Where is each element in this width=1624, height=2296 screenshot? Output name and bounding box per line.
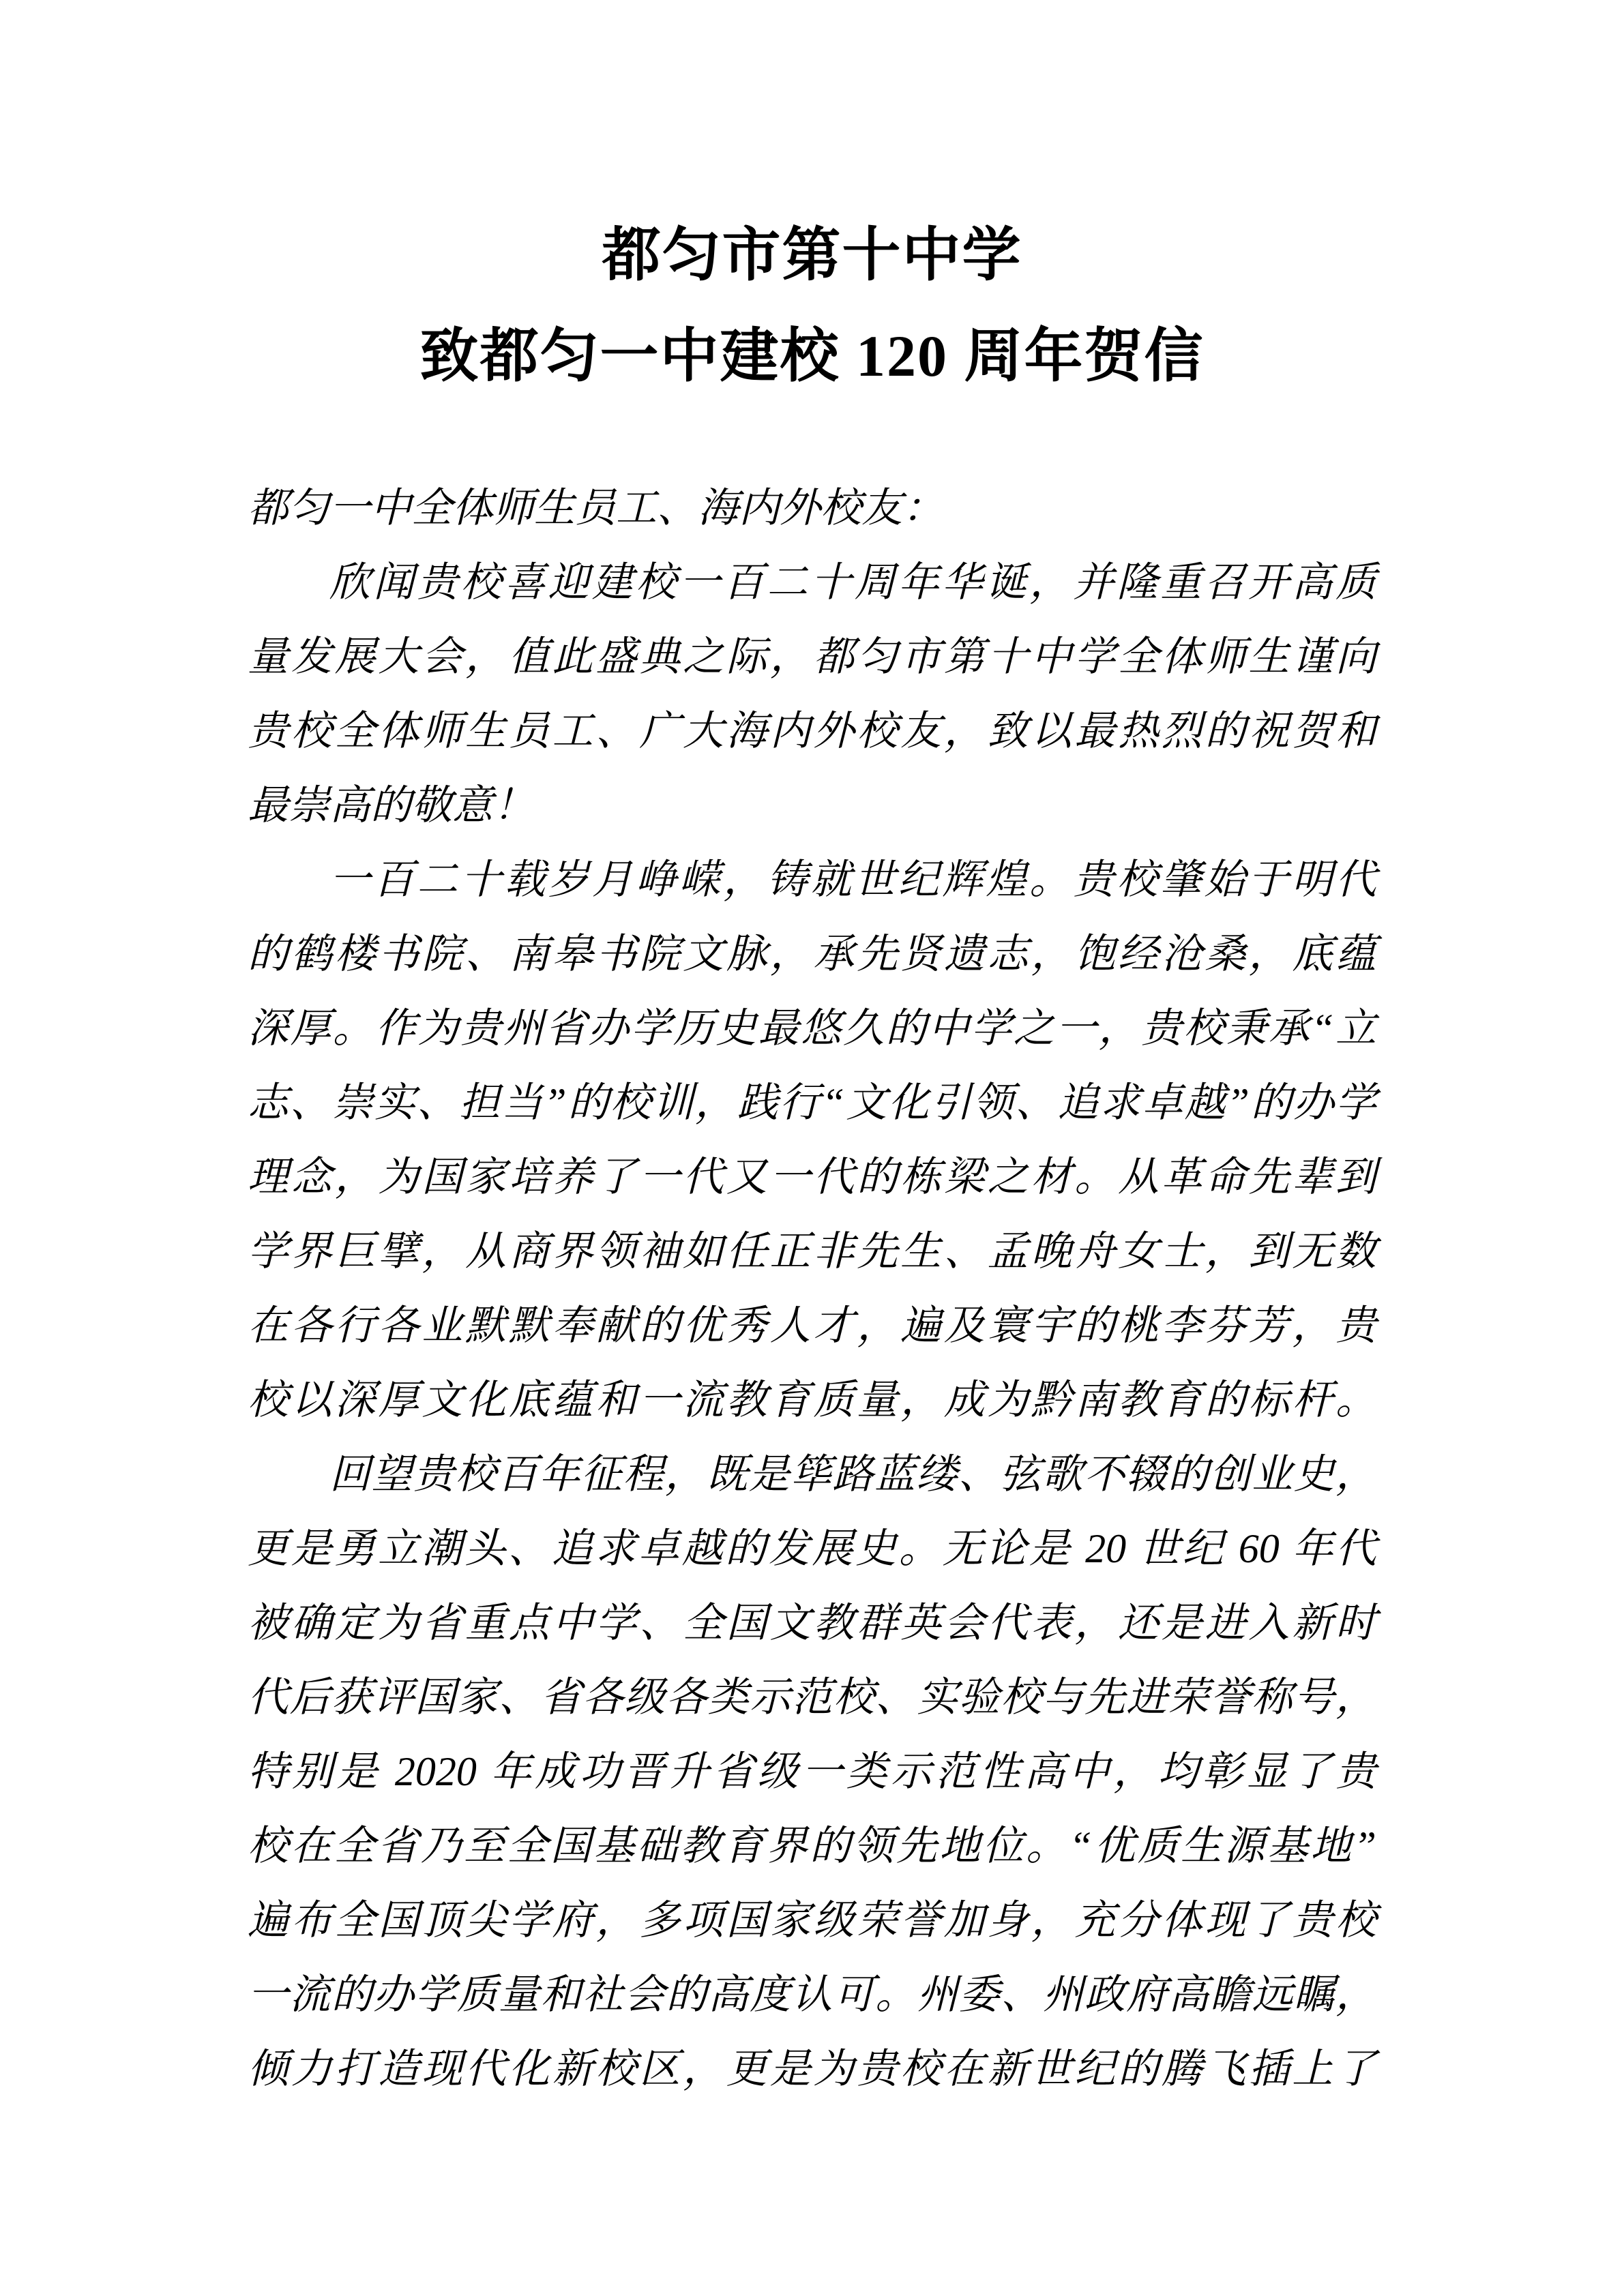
document-title: 都匀市第十中学 致都匀一中建校 120 周年贺信 bbox=[248, 205, 1376, 406]
paragraph-line: 理念，为国家培养了一代又一代的栋梁之材。从革命先辈到 bbox=[248, 1140, 1376, 1214]
document-title-line-1: 都匀市第十中学 bbox=[248, 205, 1376, 305]
paragraph-line: 更是勇立潮头、追求卓越的发展史。无论是 20 世纪 60 年代 bbox=[248, 1512, 1376, 1586]
paragraph-line: 校在全省乃至全国基础教育界的领先地位。“优质生源基地” bbox=[248, 1809, 1376, 1883]
paragraph-3: 回望贵校百年征程，既是筚路蓝缕、弦歌不辍的创业史， 更是勇立潮头、追求卓越的发展… bbox=[248, 1437, 1376, 2106]
paragraph-1: 欣闻贵校喜迎建校一百二十周年华诞，并隆重召开高质 量发展大会，值此盛典之际，都匀… bbox=[248, 546, 1376, 843]
paragraph-line: 最崇高的敬意！ bbox=[248, 769, 1376, 843]
paragraph-line: 被确定为省重点中学、全国文教群英会代表，还是进入新时 bbox=[248, 1586, 1376, 1660]
paragraph-line: 一流的办学质量和社会的高度认可。州委、州政府高瞻远瞩， bbox=[248, 1958, 1376, 2032]
paragraph-line: 学界巨擘，从商界领袖如任正非先生、孟晚舟女士，到无数 bbox=[248, 1214, 1376, 1289]
paragraph-line: 代后获评国家、省各级各类示范校、实验校与先进荣誉称号， bbox=[248, 1660, 1376, 1735]
paragraph-line: 特别是 2020 年成功晋升省级一类示范性高中，均彰显了贵 bbox=[248, 1735, 1376, 1809]
letter-body: 都匀一中全体师生员工、海内外校友： 欣闻贵校喜迎建校一百二十周年华诞，并隆重召开… bbox=[248, 471, 1376, 2106]
paragraph-line: 回望贵校百年征程，既是筚路蓝缕、弦歌不辍的创业史， bbox=[248, 1437, 1376, 1512]
paragraph-2: 一百二十载岁月峥嵘，铸就世纪辉煌。贵校肇始于明代 的鹤楼书院、南皋书院文脉，承先… bbox=[248, 843, 1376, 1437]
paragraph-line: 欣闻贵校喜迎建校一百二十周年华诞，并隆重召开高质 bbox=[248, 546, 1376, 620]
letter-page: 都匀市第十中学 致都匀一中建校 120 周年贺信 都匀一中全体师生员工、海内外校… bbox=[0, 0, 1624, 2296]
paragraph-line: 一百二十载岁月峥嵘，铸就世纪辉煌。贵校肇始于明代 bbox=[248, 843, 1376, 917]
paragraph-line: 校以深厚文化底蕴和一流教育质量，成为黔南教育的标杆。 bbox=[248, 1363, 1376, 1437]
paragraph-line: 贵校全体师生员工、广大海内外校友，致以最热烈的祝贺和 bbox=[248, 694, 1376, 769]
salutation: 都匀一中全体师生员工、海内外校友： bbox=[248, 471, 1376, 546]
paragraph-line: 志、崇实、担当”的校训，践行“文化引领、追求卓越”的办学 bbox=[248, 1066, 1376, 1140]
paragraph-line: 的鹤楼书院、南皋书院文脉，承先贤遗志，饱经沧桑，底蕴 bbox=[248, 917, 1376, 992]
paragraph-line: 倾力打造现代化新校区，更是为贵校在新世纪的腾飞插上了 bbox=[248, 2032, 1376, 2106]
paragraph-line: 深厚。作为贵州省办学历史最悠久的中学之一，贵校秉承“立 bbox=[248, 992, 1376, 1066]
document-title-line-2: 致都匀一中建校 120 周年贺信 bbox=[248, 305, 1376, 406]
paragraph-line: 量发展大会，值此盛典之际，都匀市第十中学全体师生谨向 bbox=[248, 620, 1376, 694]
paragraph-line: 遍布全国顶尖学府，多项国家级荣誉加身，充分体现了贵校 bbox=[248, 1883, 1376, 1958]
paragraph-line: 在各行各业默默奉献的优秀人才，遍及寰宇的桃李芬芳，贵 bbox=[248, 1289, 1376, 1363]
